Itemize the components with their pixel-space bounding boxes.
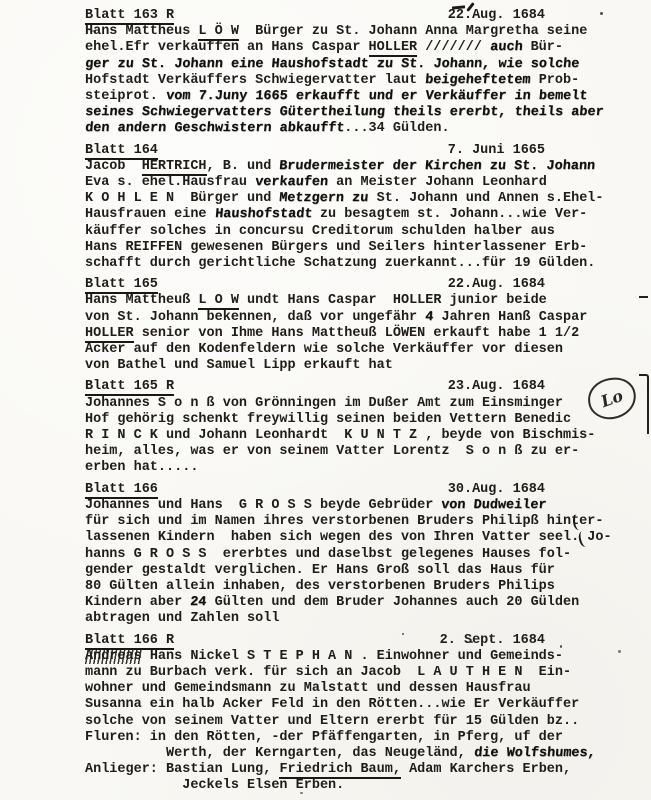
entry-blatt-label: Blatt 166 R — [85, 633, 174, 650]
entry-line: ger zu St. Johann eine Haushofstadt zu S… — [85, 57, 643, 73]
underlined-text: HOLLER — [85, 326, 134, 343]
handwritten-overlay-text: 24 — [190, 595, 208, 611]
entry-line: Werth, der Kerngarten, das Neugeländ, di… — [85, 746, 643, 762]
typed-text: St. Johann und Annen s.Ehel- — [369, 191, 604, 206]
typed-text: Anlieger: Bastian Lung, — [85, 762, 279, 777]
typed-text: zu besagtem st. Johann...wie Ver- — [312, 207, 587, 222]
ink-speck — [600, 12, 603, 15]
underlined-text: L Ö W — [198, 24, 239, 41]
handwritten-overlay-text: seines Schwiegervatters Gütertheilung th… — [84, 105, 604, 121]
typed-text: Johannes und Hans G R O S S beyde Gebrüd… — [85, 498, 441, 513]
entry-line: Anlieger: Bastian Lung, Friedrich Baum, … — [85, 762, 643, 778]
entry-line: schafft durch gerichtliche Schatzung zue… — [85, 256, 643, 272]
typed-text: Susanna ein halb Acker Feld in den Rötte… — [85, 697, 579, 712]
typed-text: Hof gehörig schenkt freywillig seinen be… — [85, 412, 571, 427]
ink-speck — [402, 633, 404, 635]
entry-line: Hans REIFFEN gewesenen Bürgers und Seile… — [85, 240, 643, 256]
typed-text: wohner und Gemeindsmann zu Malstatt und … — [85, 681, 531, 696]
typed-text: erben hat..... — [85, 460, 198, 475]
struck-text: Andreas — [85, 649, 142, 664]
typed-text: Hans Mattheuß — [85, 293, 198, 308]
typed-text: Eva s. ehel.Hausfrau — [85, 175, 255, 190]
entry-date: 2. Sept. 1684 — [440, 633, 545, 649]
entry-blatt-label: Blatt 163 R — [85, 8, 174, 25]
typed-text: Acker auf den Kodenfeldern wie solche Ve… — [85, 342, 563, 357]
ink-speck — [560, 645, 562, 648]
handwritten-overlay-text: vom 7.Juny 1665 erkaufft und er Verkäuff… — [165, 89, 588, 105]
entry-line: Kindern aber 24 Gülten und dem Bruder Jo… — [85, 595, 643, 611]
typed-text: 80 Gülten allein inhaben, des verstorben… — [85, 579, 555, 594]
typed-text: Jahren Hanß Caspar — [433, 310, 587, 325]
entry-line: ehel.Efr verkauffen an Hans Caspar HOLLE… — [85, 40, 643, 56]
ink-speck — [470, 641, 473, 643]
typed-text: senior von Ihme Hans Mattheuß LÖWEN erka… — [134, 326, 580, 341]
typed-text: lassenen Kindern haben sich wegen des vo… — [85, 530, 612, 545]
entry-line: K O H L E N Bürger und Metzgern zu St. J… — [85, 191, 643, 207]
typed-text: von St. Johann bekennen, daß vor ungefäh… — [85, 310, 425, 325]
handwritten-overlay-text: die Wolfshumes, — [473, 746, 596, 762]
handwritten-overlay-text: Haushofstadt — [214, 207, 313, 223]
typed-text: für sich und im Namen ihres verstorbenen… — [85, 514, 603, 529]
entry-line: Susanna ein halb Acker Feld in den Rötte… — [85, 697, 643, 713]
entry-line: käuffer solches in concursu Creditorum s… — [85, 224, 643, 240]
entry-line: hanns G R O S S ererbtes und daselbst ge… — [85, 547, 643, 563]
entry-header: Blatt 16630.Aug. 1684 — [85, 482, 643, 498]
entry-line: Andreas Hans Nickel S T E P H A N . Einw… — [85, 649, 643, 665]
handwritten-overlay-text: Brudermeister der Kirchen zu St. Johann — [279, 159, 596, 175]
typed-text: Jacob — [85, 159, 142, 174]
handwritten-overlay-text: von Dudweiler — [441, 498, 548, 514]
typed-text: hanns G R O S S ererbtes und daselbst ge… — [85, 547, 571, 562]
handwritten-overlay-text: auch — [481, 40, 523, 56]
typed-text: an Meister Johann Leonhard — [328, 175, 547, 190]
margin-bracket-mark — [639, 374, 649, 434]
handwritten-overlay-text: Metzgern zu — [279, 191, 370, 207]
entry-line: abtragen und Zahlen soll — [85, 611, 643, 627]
entry-line: Eva s. ehel.Hausfrau verkaufen an Meiste… — [85, 175, 643, 191]
scanned-document-page: Blatt 163 R22.Aug. 1684Hans Mattheus L Ö… — [0, 0, 651, 800]
typed-text: /////// — [417, 40, 482, 55]
typed-text: solche von seinem Vatter und Eltern erer… — [85, 714, 579, 729]
record-entry: Blatt 165 R23.Aug. 1684Johannes S o n ß … — [85, 379, 643, 476]
typed-text: Hans Nickel S T E P H A N . Einwohner un… — [142, 649, 563, 664]
entry-body: Johannes und Hans G R O S S beyde Gebrüd… — [85, 498, 643, 628]
entry-line: für sich und im Namen ihres verstorbenen… — [85, 514, 643, 530]
entry-line: Johannes S o n ß von Grönningen im Dußer… — [85, 396, 643, 412]
typed-text: ehel.Efr verkauffen an Hans Caspar — [85, 40, 369, 55]
entry-line: Jeckels Elsen Erben. — [85, 778, 643, 794]
entry-date: 22.Aug. 1684 — [448, 277, 545, 293]
typed-text: von Bathel und Samuel Lipp erkauft hat — [85, 358, 393, 373]
handwritten-overlay-text: den andern Geschwistern abkaufft — [84, 121, 345, 137]
entry-line: solche von seinem Vatter und Eltern erer… — [85, 714, 643, 730]
handwritten-overlay-text: ger zu St. Johann eine Haushofstadt zu S… — [84, 57, 580, 73]
record-entry: Blatt 166 R2. Sept. 1684Andreas Hans Nic… — [85, 633, 643, 795]
pen-dash-mark — [639, 296, 648, 298]
handwritten-overlay-text: verkaufen — [254, 175, 328, 191]
entry-line: lassenen Kindern haben sich wegen des vo… — [85, 530, 643, 546]
entry-line: Johannes und Hans G R O S S beyde Gebrüd… — [85, 498, 643, 514]
entry-blatt-label: Blatt 165 R — [85, 379, 174, 396]
entry-header: Blatt 163 R22.Aug. 1684 — [85, 8, 643, 24]
record-entry: Blatt 1647. Juni 1665Jacob HERTRICH, B. … — [85, 143, 643, 273]
record-entry: Blatt 16630.Aug. 1684Johannes und Hans G… — [85, 482, 643, 628]
entry-date: 7. Juni 1665 — [448, 143, 545, 159]
typed-text: mann zu Burbach verk. für sich an Jacob … — [85, 665, 571, 680]
typed-text: Fluren: in den Rötten, -der Pfäffengarte… — [85, 730, 563, 745]
typed-text: undt Hans Caspar HOLLER junior beide — [239, 293, 547, 308]
entry-line: Hofstadt Verkäuffers Schwiegervatter lau… — [85, 73, 643, 89]
entry-date: 22.Aug. 1684 — [448, 8, 545, 24]
typed-text: Gülten und dem Bruder Johannes auch 20 G… — [207, 595, 580, 610]
record-entry: Blatt 163 R22.Aug. 1684Hans Mattheus L Ö… — [85, 8, 643, 138]
ink-speck — [520, 656, 522, 658]
underlined-text: L O W — [198, 293, 239, 310]
typed-text: Bür- — [522, 40, 563, 55]
typed-text: Bürger zu St. Johann Anna Margretha sein… — [239, 24, 587, 39]
typed-text: ...34 Gülden. — [344, 121, 449, 136]
entry-header: Blatt 165 R23.Aug. 1684 — [85, 379, 643, 395]
entry-line: Hans Mattheuß L O W undt Hans Caspar HOL… — [85, 293, 643, 309]
entry-line: HOLLER senior von Ihme Hans Mattheuß LÖW… — [85, 326, 643, 342]
handwritten-overlay-text: 4 — [425, 310, 435, 326]
typed-text: R I N C K und Johann Leonhardt K U N T Z… — [85, 428, 595, 443]
typed-text: Adam Karchers Erben, — [401, 762, 571, 777]
entry-header: Blatt 1647. Juni 1665 — [85, 143, 643, 159]
circled-note-text: Lo — [598, 386, 625, 411]
entry-line: Jacob HERTRICH, B. und Brudermeister der… — [85, 159, 643, 175]
entry-line: wohner und Gemeindsmann zu Malstatt und … — [85, 681, 643, 697]
entry-body: Hans Mattheus L Ö W Bürger zu St. Johann… — [85, 24, 643, 137]
typed-text: Kindern aber — [85, 595, 190, 610]
typed-text: , B. und — [207, 159, 280, 174]
entry-blatt-label: Blatt 166 — [85, 482, 158, 499]
entry-blatt-label: Blatt 165 — [85, 277, 158, 294]
entry-line: mann zu Burbach verk. für sich an Jacob … — [85, 665, 643, 681]
record-entry: Blatt 16522.Aug. 1684Hans Mattheuß L O W… — [85, 277, 643, 374]
typed-text: gender gestaldt verglichen. Er Hans Groß… — [85, 563, 555, 578]
ink-speck — [92, 30, 96, 32]
entry-line: steiprot. vom 7.Juny 1665 erkaufft und e… — [85, 89, 643, 105]
entry-body: Jacob HERTRICH, B. und Brudermeister der… — [85, 159, 643, 272]
entry-line: Hans Mattheus L Ö W Bürger zu St. Johann… — [85, 24, 643, 40]
entry-date: 23.Aug. 1684 — [448, 379, 545, 395]
ink-speck — [618, 650, 621, 653]
typed-text: Hausfrauen eine — [85, 207, 215, 222]
typed-text: Hans Mattheus — [85, 24, 198, 39]
entry-line: den andern Geschwistern abkaufft...34 Gü… — [85, 121, 643, 137]
entry-line: von Bathel und Samuel Lipp erkauft hat — [85, 358, 643, 374]
typed-text: abtragen und Zahlen soll — [85, 611, 279, 626]
typed-text: Jeckels Elsen Erben. — [85, 778, 344, 793]
handwritten-overlay-text: beigeheftetem — [425, 73, 532, 89]
entry-body: Hans Mattheuß L O W undt Hans Caspar HOL… — [85, 293, 643, 374]
typed-text: K O H L E N Bürger und — [85, 191, 279, 206]
record-entries: Blatt 163 R22.Aug. 1684Hans Mattheus L Ö… — [85, 8, 643, 800]
entry-line: seines Schwiegervatters Gütertheilung th… — [85, 105, 643, 121]
entry-line: von St. Johann bekennen, daß vor ungefäh… — [85, 310, 643, 326]
entry-body: Johannes S o n ß von Grönningen im Dußer… — [85, 396, 643, 477]
entry-header: Blatt 16522.Aug. 1684 — [85, 277, 643, 293]
entry-line: Acker auf den Kodenfeldern wie solche Ve… — [85, 342, 643, 358]
typed-text: Johannes S o n ß von Grönningen im Dußer… — [85, 396, 563, 411]
typed-text: Werth, der Kerngarten, das Neugeländ, — [85, 746, 474, 761]
underlined-text: HOLLER — [369, 40, 418, 57]
underlined-text: HERTRICH — [142, 159, 207, 176]
entry-blatt-label: Blatt 164 — [85, 143, 158, 160]
typed-text: Hans REIFFEN gewesenen Bürgers und Seile… — [85, 240, 587, 255]
entry-line: R I N C K und Johann Leonhardt K U N T Z… — [85, 428, 643, 444]
entry-line: heim, alles, was er von seinem Vatter Lo… — [85, 444, 643, 460]
entry-line: Fluren: in den Rötten, -der Pfäffengarte… — [85, 730, 643, 746]
typed-text: schafft durch gerichtliche Schatzung zue… — [85, 256, 595, 271]
typed-text: käuffer solches in concursu Creditorum s… — [85, 224, 555, 239]
entry-line: erben hat..... — [85, 460, 643, 476]
typed-text: heim, alles, was er von seinem Vatter Lo… — [85, 444, 579, 459]
entry-line: Hausfrauen eine Haushofstadt zu besagtem… — [85, 207, 643, 223]
entry-line: Hof gehörig schenkt freywillig seinen be… — [85, 412, 643, 428]
entry-body: Andreas Hans Nickel S T E P H A N . Einw… — [85, 649, 643, 795]
entry-line: gender gestaldt verglichen. Er Hans Groß… — [85, 563, 643, 579]
ink-speck — [300, 792, 303, 794]
typed-text: Prob- — [531, 73, 580, 88]
typed-text: Hofstadt Verkäuffers Schwiegervatter lau… — [85, 73, 425, 88]
typed-text: steiprot. — [85, 89, 166, 104]
entry-date: 30.Aug. 1684 — [448, 482, 545, 498]
entry-line: 80 Gülten allein inhaben, des verstorben… — [85, 579, 643, 595]
underlined-text: Friedrich Baum, — [279, 762, 401, 779]
